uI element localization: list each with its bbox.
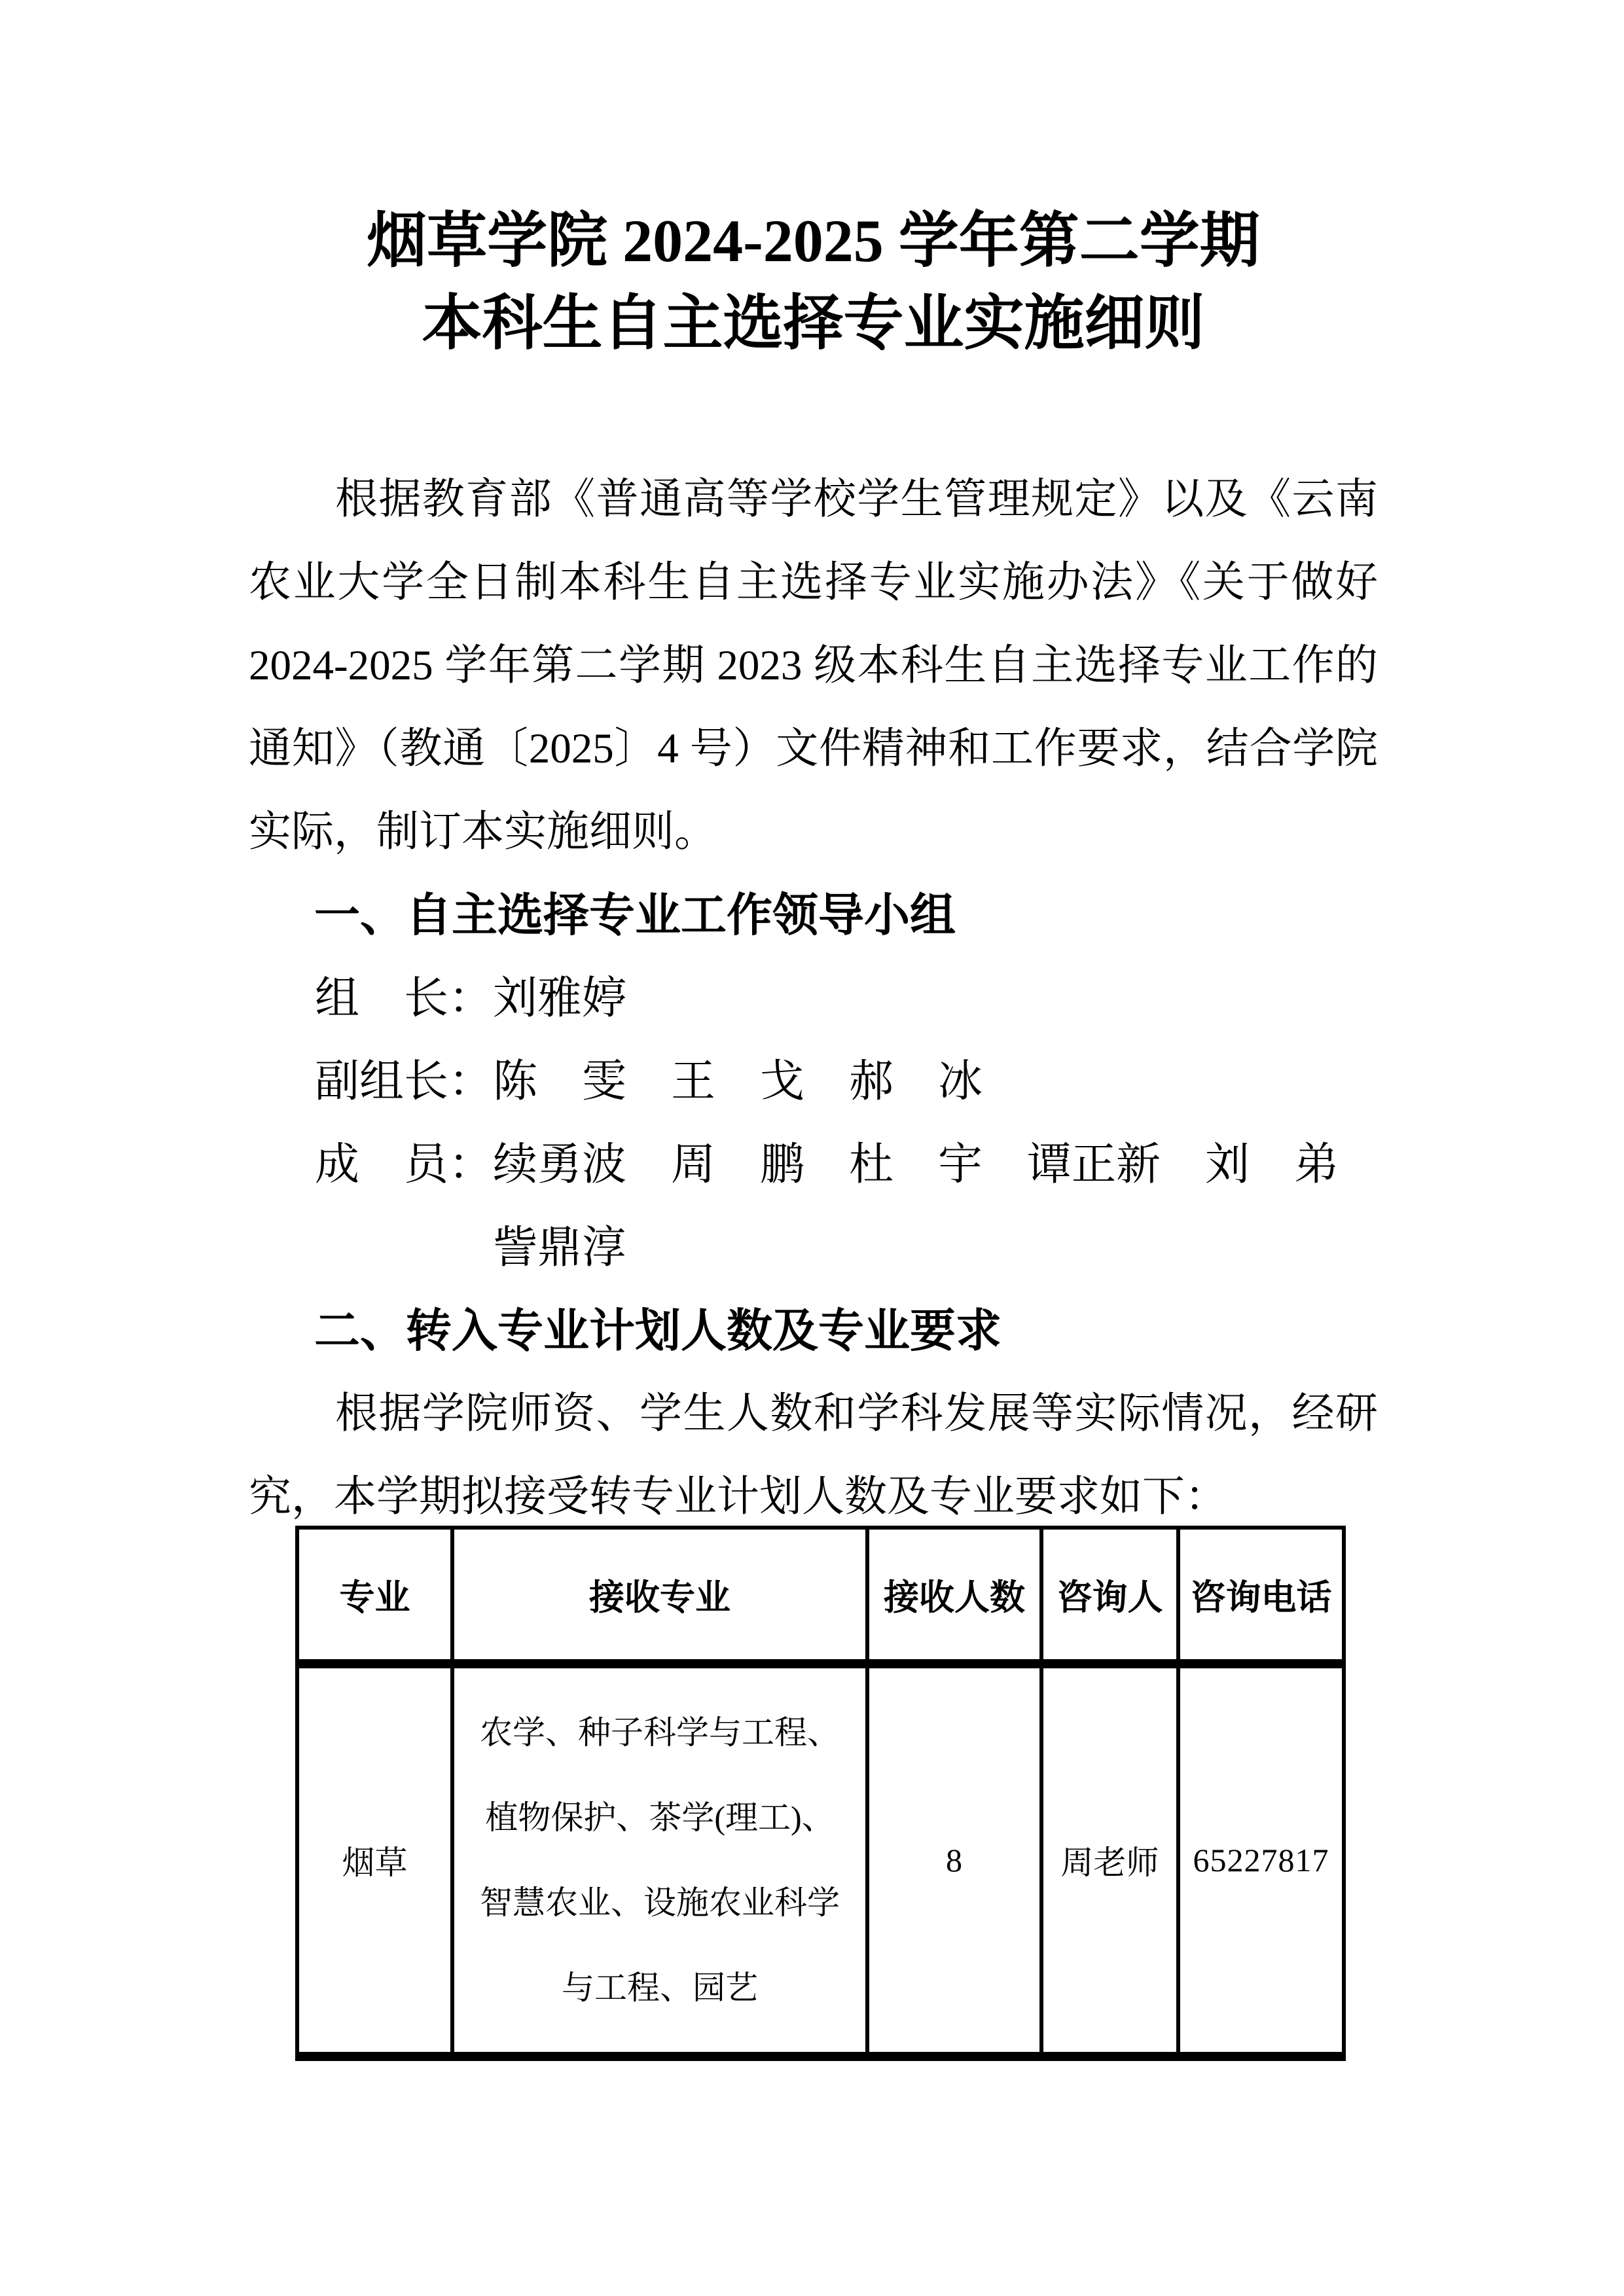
cell-major: 烟草: [297, 1664, 452, 2056]
leader-label: 成 员：: [315, 1123, 493, 1206]
table-header-row: 专业 接收专业 接收人数 咨询人 咨询电话: [297, 1528, 1344, 1664]
leader-label: 副组长：: [315, 1040, 493, 1123]
leader-names: 刘雅婷: [493, 957, 626, 1040]
leader-label: 组 长：: [315, 957, 493, 1040]
cell-phone: 65227817: [1178, 1664, 1344, 2056]
leader-row-deputy: 副组长： 陈 雯 王 戈 郝 冰: [249, 1040, 1378, 1123]
section-2-line: 根据学院师资、学生人数和学科发展等实际情况，经研: [249, 1372, 1378, 1456]
intro-line: 2024-2025 学年第二学期 2023 级本科生自主选择专业工作的: [249, 624, 1378, 708]
col-header-phone: 咨询电话: [1178, 1528, 1344, 1664]
leader-row-members: 成 员： 续勇波 周 鹏 杜 宇 谭正新 刘 弟 訾鼎淳: [249, 1123, 1378, 1289]
transfer-plan-table: 专业 接收专业 接收人数 咨询人 咨询电话 烟草 农学、种子科学与工程、 植物保…: [295, 1526, 1346, 2061]
leader-row-head: 组 长： 刘雅婷: [249, 957, 1378, 1040]
intro-line: 通知》（教通〔2025〕4 号）文件精神和工作要求，结合学院: [249, 708, 1378, 791]
cell-contact: 周老师: [1041, 1664, 1178, 2056]
table-row: 烟草 农学、种子科学与工程、 植物保护、茶学(理工)、 智慧农业、设施农业科学 …: [297, 1664, 1344, 2056]
intro-line: 实际，制订本实施细则。: [249, 791, 1378, 874]
title-line-2: 本科生自主选择专业实施细则: [249, 282, 1378, 365]
section-2-line: 究，本学期拟接受转专业计划人数及专业要求如下：: [249, 1456, 1378, 1539]
cell-receiving-majors: 农学、种子科学与工程、 植物保护、茶学(理工)、 智慧农业、设施农业科学 与工程…: [452, 1664, 867, 2056]
section-2-paragraph: 根据学院师资、学生人数和学科发展等实际情况，经研 究，本学期拟接受转专业计划人数…: [249, 1372, 1378, 1539]
leader-names: 陈 雯 王 戈 郝 冰: [493, 1040, 983, 1123]
intro-paragraph: 根据教育部《普通高等学校学生管理规定》以及《云南 农业大学全日制本科生自主选择专…: [249, 458, 1378, 874]
col-header-contact: 咨询人: [1041, 1528, 1178, 1664]
document-page: 烟草学院 2024-2025 学年第二学期 本科生自主选择专业实施细则 根据教育…: [0, 0, 1624, 2296]
col-header-major: 专业: [297, 1528, 452, 1664]
intro-line: 根据教育部《普通高等学校学生管理规定》以及《云南: [249, 458, 1378, 541]
col-header-receiving-major: 接收专业: [452, 1528, 867, 1664]
section-2-heading: 二、转入专业计划人数及专业要求: [249, 1289, 1378, 1372]
col-header-quota: 接收人数: [867, 1528, 1041, 1664]
leader-names: 续勇波 周 鹏 杜 宇 谭正新 刘 弟 訾鼎淳: [493, 1123, 1339, 1289]
cell-quota: 8: [867, 1664, 1041, 2056]
intro-line: 农业大学全日制本科生自主选择专业实施办法》《关于做好: [249, 541, 1378, 624]
document-title: 烟草学院 2024-2025 学年第二学期 本科生自主选择专业实施细则: [249, 200, 1378, 365]
section-1-heading: 一、自主选择专业工作领导小组: [249, 874, 1378, 957]
title-line-1: 烟草学院 2024-2025 学年第二学期: [249, 200, 1378, 282]
